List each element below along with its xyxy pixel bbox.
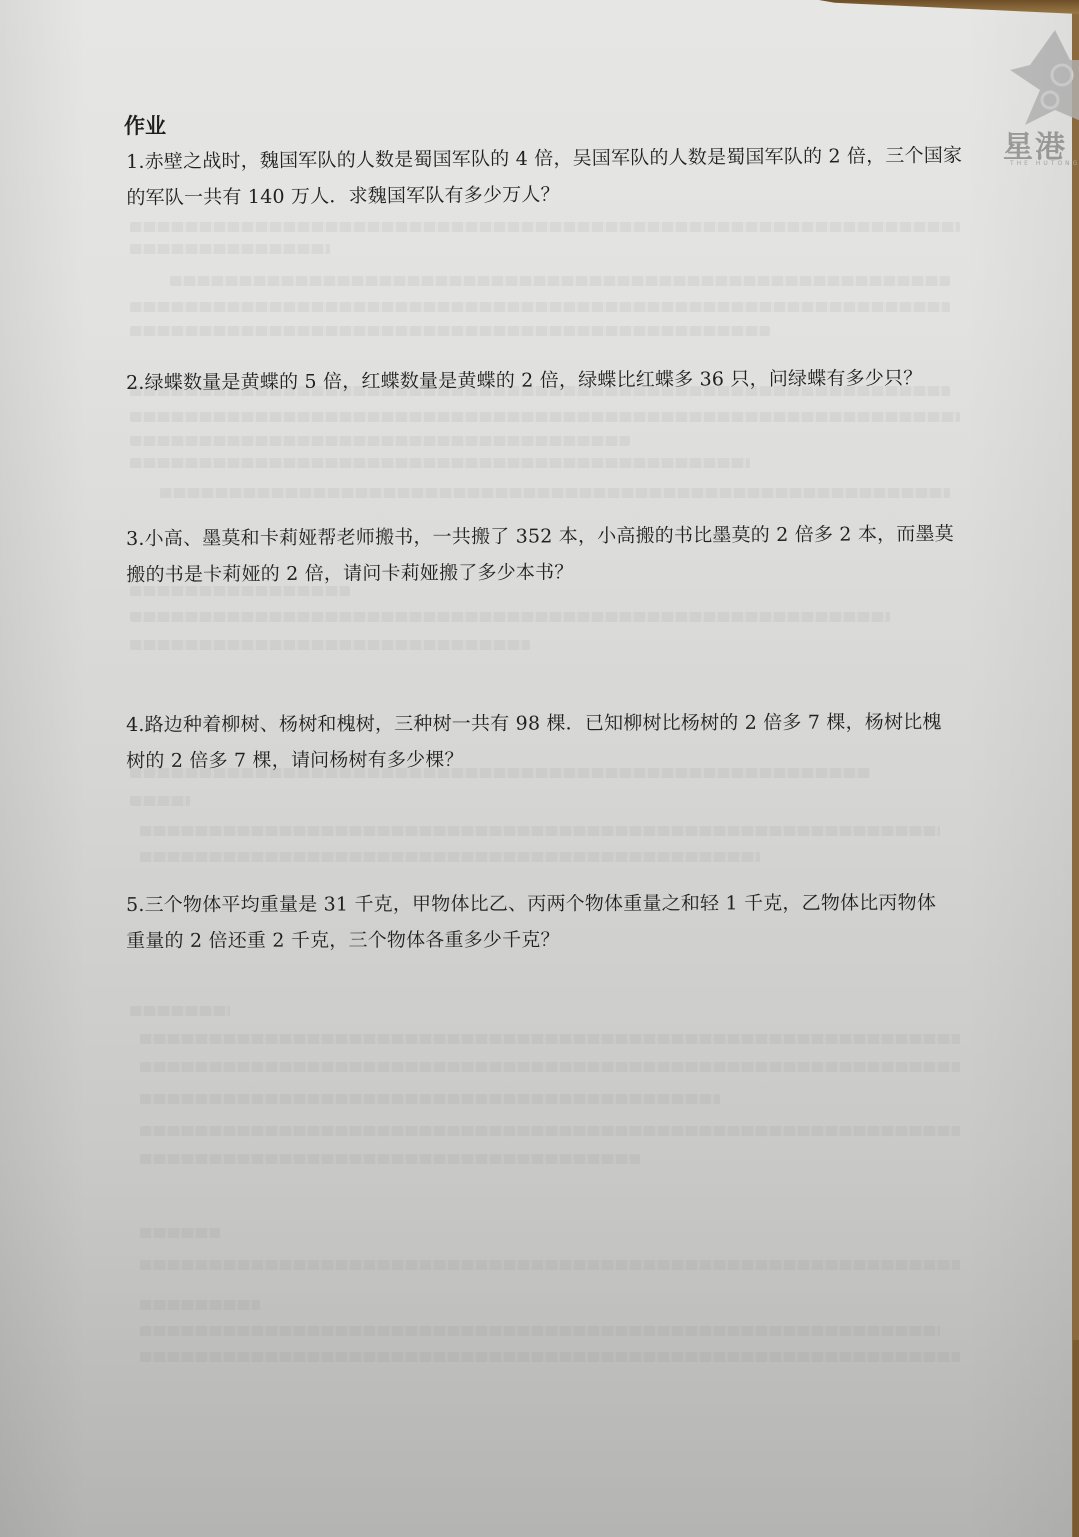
page-title: 作业 [124,110,166,140]
worksheet-page: 星港 THE HUTONG 作业 1.赤壁之战时，魏国军队的人数是蜀国军队的 4… [0,0,1072,1537]
logo-subtext: THE HUTONG [1010,160,1079,167]
question-1: 1.赤壁之战时，魏国军队的人数是蜀国军队的 4 倍，吴国军队的人数是蜀国军队的 … [126,137,982,216]
desk-edge-right [1073,1340,1079,1537]
question-5: 5.三个物体平均重量是 31 千克，甲物体比乙、丙两个物体重量之和轻 1 千克，… [126,885,946,959]
star-logo-icon [1000,20,1079,200]
question-2: 2.绿蝶数量是黄蝶的 5 倍，红蝶数量是黄蝶的 2 倍，绿蝶比红蝶多 36 只，… [126,360,986,401]
question-4: 4.路边种着柳树、杨树和槐树，三种树一共有 98 棵．已知柳树比杨树的 2 倍多… [126,704,956,779]
question-3: 3.小高、墨莫和卡莉娅帮老师搬书，一共搬了 352 本，小高搬的书比墨莫的 2 … [126,516,966,593]
